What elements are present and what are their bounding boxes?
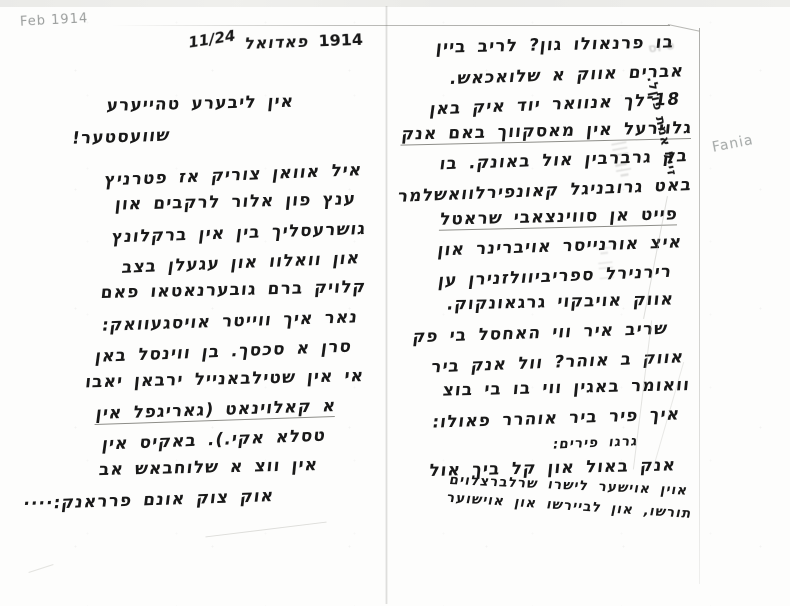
center-fold-crease [385, 6, 388, 604]
scanner-edge-band [0, 0, 790, 7]
date-day-month: 11/24 [187, 27, 236, 52]
date-year: 1914 [318, 30, 363, 51]
left-page-text: אין ליבערע טהייערעשוועסטער!איל אוואן צור… [58, 86, 366, 509]
pencil-stroke [28, 564, 53, 573]
pencil-stroke [205, 522, 326, 538]
right-page-text: בו פרנאולו גון? לריב בייןאברים אווק א של… [392, 28, 692, 526]
scanned-letter: Feb 1914 Fania 1914 פאדואל 11/24 אין ליב… [0, 0, 790, 606]
archival-date-note: Feb 1914 [20, 11, 89, 30]
page-right-edge [699, 28, 700, 584]
name-annotation: Fania [711, 132, 755, 156]
date-place: פאדואל [244, 32, 311, 53]
page-top-edge [112, 25, 670, 26]
letter-dateline: 1914 פאדואל 11/24 [178, 30, 364, 55]
